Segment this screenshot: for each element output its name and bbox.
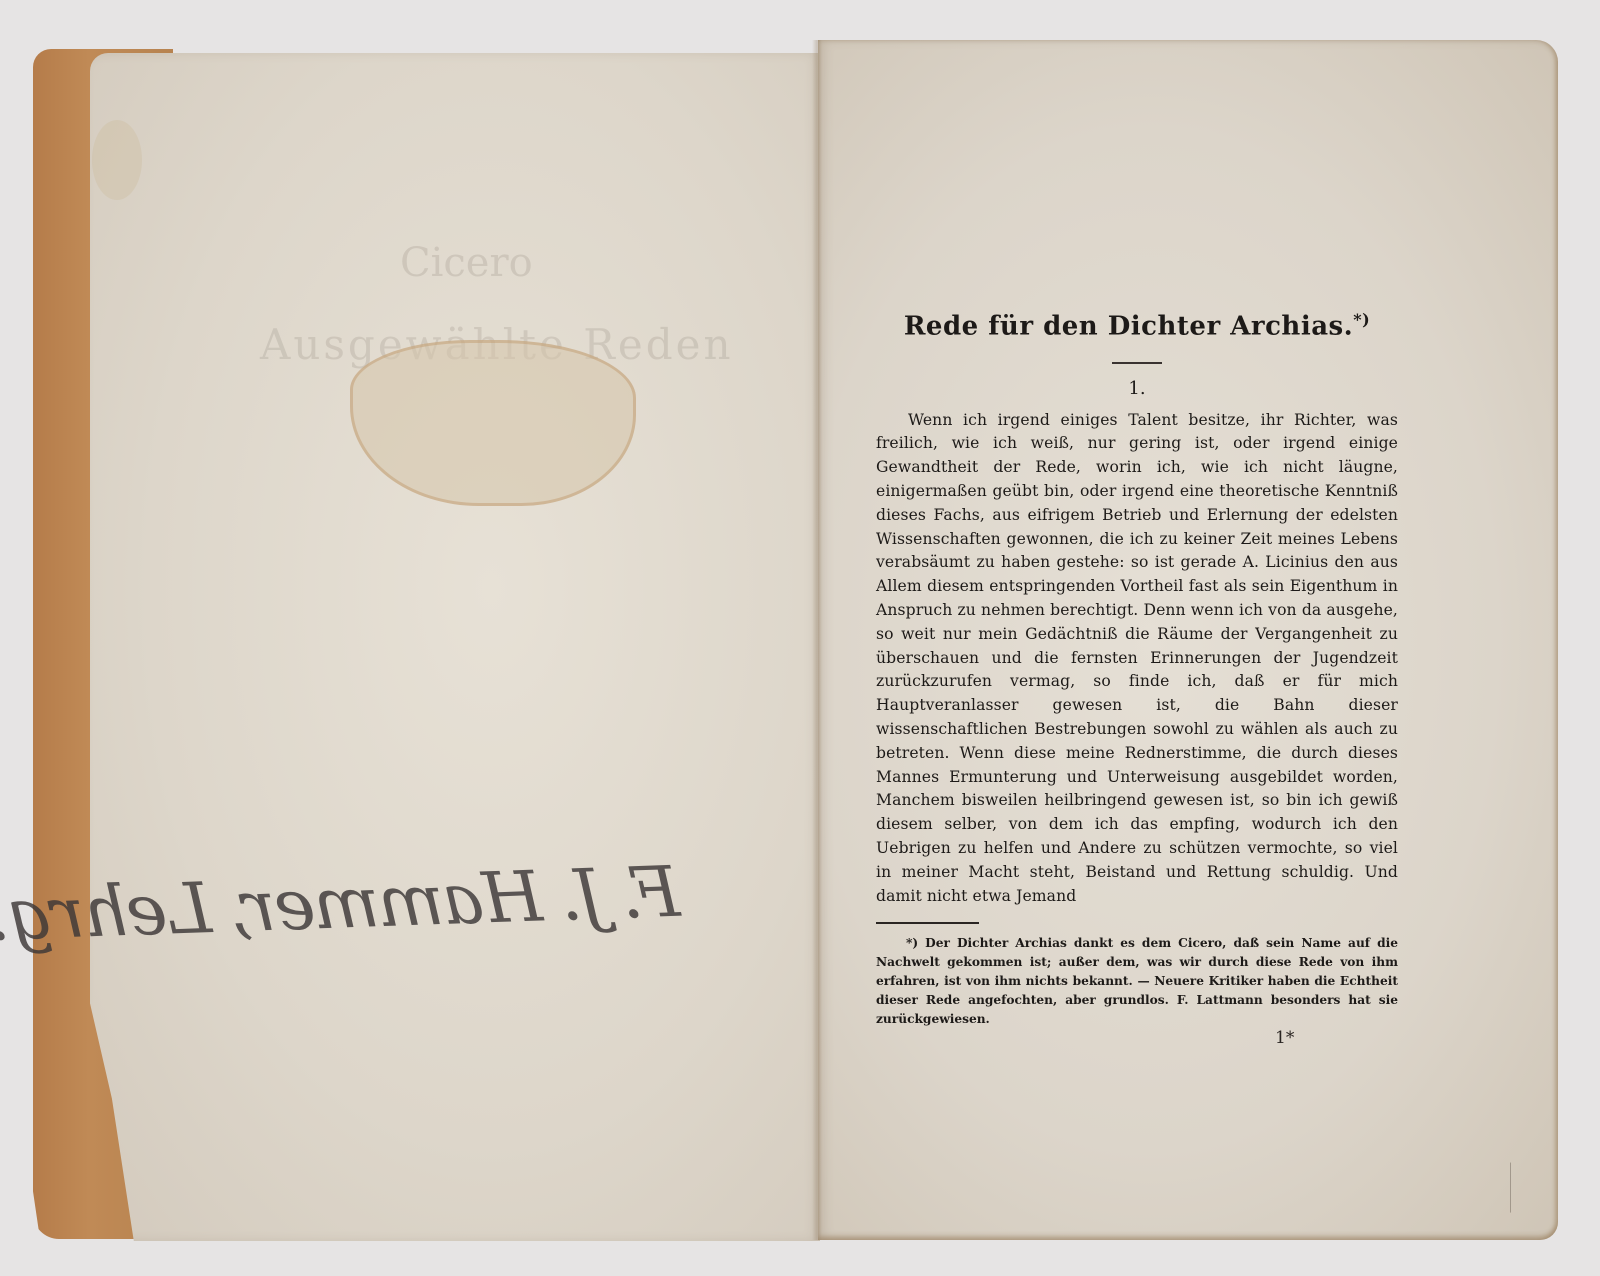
title-footnote-marker: *) — [1353, 310, 1370, 329]
body-paragraph: Wenn ich irgend einiges Talent besitze, … — [876, 409, 1398, 909]
title-rule — [1112, 362, 1162, 364]
handwritten-signature-offset: F. J. Hammer, Lehrg. — [197, 807, 683, 994]
page-content: Rede für den Dichter Archias.*) 1. Wenn … — [876, 300, 1398, 1029]
page-title: Rede für den Dichter Archias.*) — [876, 310, 1398, 342]
title-text: Rede für den Dichter Archias. — [904, 312, 1353, 342]
page-signature-mark: 1* — [1275, 1028, 1294, 1048]
left-page — [90, 53, 820, 1241]
section-number: 1. — [876, 378, 1398, 399]
book-gutter — [812, 40, 822, 1240]
show-through-line-1: Cicero — [400, 240, 533, 286]
left-page-foxing — [92, 120, 142, 200]
footnote: *) Der Dichter Archias dankt es dem Cice… — [876, 934, 1398, 1029]
footnote-rule — [876, 922, 979, 924]
water-stain — [350, 340, 636, 506]
